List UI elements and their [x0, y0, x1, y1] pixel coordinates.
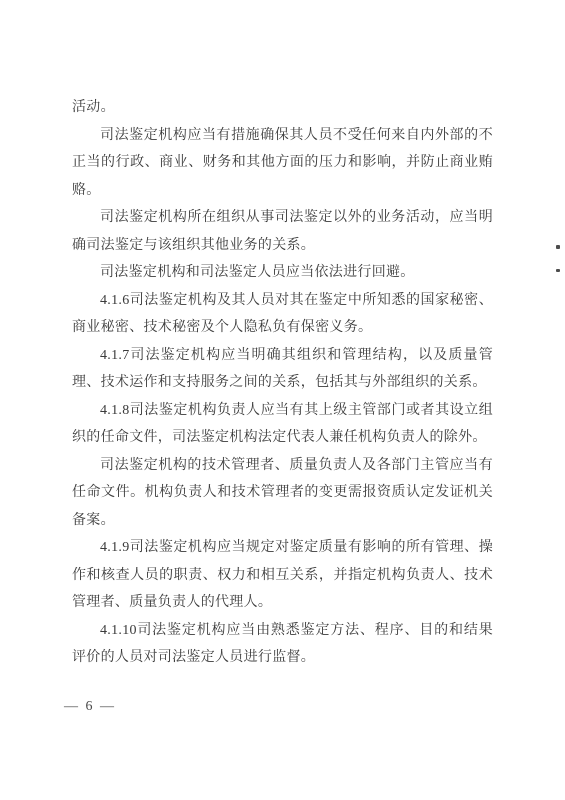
paragraph: 司法鉴定机构所在组织从事司法鉴定以外的业务活动，应当明确司法鉴定与该组织其他业务… [72, 204, 493, 259]
paragraph-4-1-7: 4.1.7司法鉴定机构应当明确其组织和管理结构，以及质量管理、技术运作和支持服务… [72, 342, 493, 397]
paragraph-4-1-9: 4.1.9司法鉴定机构应当规定对鉴定质量有影响的所有管理、操作和核查人员的职责、… [72, 534, 493, 617]
page-number: — 6 — [64, 697, 116, 717]
paragraph: 司法鉴定机构和司法鉴定人员应当依法进行回避。 [72, 259, 493, 287]
paragraph-4-1-10: 4.1.10司法鉴定机构应当由熟悉鉴定方法、程序、目的和结果评价的人员对司法鉴定… [72, 617, 493, 672]
paragraph: 司法鉴定机构的技术管理者、质量负责人及各部门主管应当有任命文件。机构负责人和技术… [72, 452, 493, 535]
paragraph: 活动。 [72, 94, 493, 122]
paragraph-4-1-6: 4.1.6司法鉴定机构及其人员对其在鉴定中所知悉的国家秘密、商业秘密、技术秘密及… [72, 287, 493, 342]
document-page: 活动。 司法鉴定机构应当有措施确保其人员不受任何来自内外部的不正当的行政、商业、… [0, 0, 565, 800]
paragraph-4-1-8: 4.1.8司法鉴定机构负责人应当有其上级主管部门或者其设立组织的任命文件，司法鉴… [72, 397, 493, 452]
paragraph: 司法鉴定机构应当有措施确保其人员不受任何来自内外部的不正当的行政、商业、财务和其… [72, 122, 493, 205]
scan-artifact [556, 269, 560, 272]
scan-artifact [556, 245, 560, 249]
document-body: 活动。 司法鉴定机构应当有措施确保其人员不受任何来自内外部的不正当的行政、商业、… [72, 94, 493, 672]
